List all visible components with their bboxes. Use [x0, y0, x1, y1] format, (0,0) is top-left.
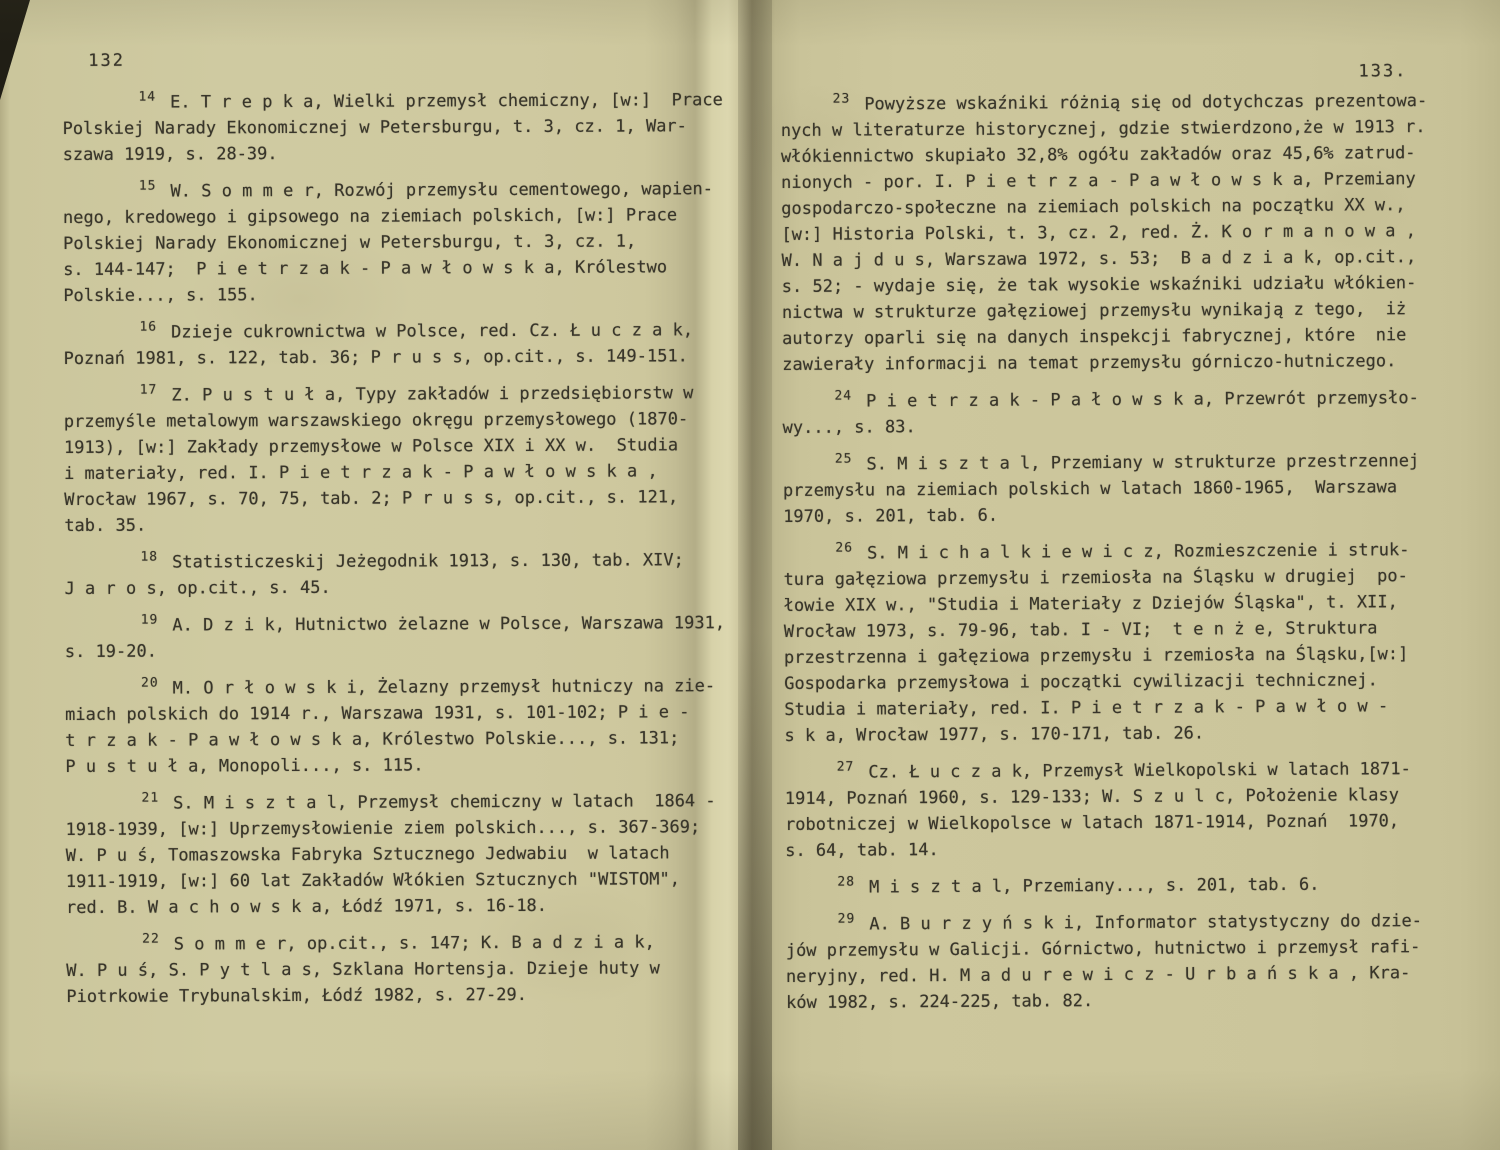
footnote-text: P i e t r z a k - P a ł o w s k a, Przew… — [866, 388, 1419, 411]
footnote-25: 25S. M i s z t a l, Przemiany w struktur… — [783, 448, 1469, 530]
footnote-text: 1913), [w:] Zakłady przemysłowe w Polsce… — [64, 432, 716, 461]
footnote-24: 24P i e t r z a k - P a ł o w s k a, Prz… — [782, 385, 1468, 441]
footnote-number: 20 — [141, 677, 159, 690]
footnote-text: t r z a k - P a w ł o w s k a, Królestwo… — [65, 725, 717, 754]
footnote-text: i materiały, red. I. P i e t r z a k - P… — [64, 458, 716, 487]
footnote-22: 22S o m m e r, op.cit., s. 147; K. B a d… — [66, 929, 718, 1010]
footnote-text: Piotrkowie Trybunalskim, Łódź 1982, s. 2… — [66, 981, 718, 1010]
footnote-text: A. D z i k, Hutnictwo żelazne w Polsce, … — [172, 613, 725, 635]
footnote-text: robotniczej w Wielkopolsce w latach 1871… — [785, 808, 1471, 838]
footnote-text: S o m m e r, op.cit., s. 147; K. B a d z… — [174, 932, 655, 954]
footnote-text: Studia i materiały, red. I. P i e t r z … — [784, 693, 1470, 723]
page-132: 132 14E. T r e p k a, Wielki przemysł ch… — [62, 0, 719, 1150]
footnote-text: S. M i c h a l k i e w i c z, Rozmieszcz… — [867, 540, 1410, 563]
footnote-text: S. M i s z t a l, Przemysł chemiczny w l… — [173, 791, 716, 813]
footnote-number: 19 — [141, 614, 159, 627]
footnote-text: E. T r e p k a, Wielki przemysł chemiczn… — [170, 90, 723, 112]
page-number-right: 133. — [1358, 58, 1407, 84]
footnote-text: W. P u ś, Tomaszowska Fabryka Sztucznego… — [66, 840, 718, 869]
scan-corner-shadow — [0, 0, 30, 100]
footnotes-right: 23Powyższe wskaźniki różnią się od dotyc… — [781, 88, 1473, 1027]
footnote-number: 16 — [139, 321, 157, 334]
book-spread-scan: 132 14E. T r e p k a, Wielki przemysł ch… — [0, 0, 1500, 1150]
book-gutter-shadow — [738, 0, 772, 1150]
footnote-text: przemysłu na ziemiach polskich w latach … — [783, 474, 1469, 504]
footnote-text: tab. 35. — [64, 510, 716, 539]
footnote-text: 1911-1919, [w:] 60 lat Zakładów Włókien … — [66, 866, 718, 895]
footnote-text: wy..., s. 83. — [783, 411, 1469, 441]
footnote-19: 19A. D z i k, Hutnictwo żelazne w Polsce… — [65, 610, 717, 665]
footnote-text: red. B. W a c h o w s k a, Łódź 1971, s.… — [66, 892, 718, 921]
footnote-text: s. 144-147; P i e t r z a k - P a w ł o … — [63, 254, 715, 283]
footnote-text: s. 64, tab. 14. — [785, 834, 1471, 864]
footnote-text: neryjny, red. H. M a d u r e w i c z - U… — [786, 960, 1472, 990]
footnote-text: ków 1982, s. 224-225, tab. 82. — [786, 986, 1472, 1016]
footnote-text: s k a, Wrocław 1977, s. 170-171, tab. 26… — [784, 719, 1470, 749]
footnote-number: 17 — [140, 384, 158, 397]
footnote-text: J a r o s, op.cit., s. 45. — [65, 573, 717, 602]
footnote-21: 21S. M i s z t a l, Przemysł chemiczny w… — [65, 788, 718, 921]
footnote-number: 25 — [835, 453, 853, 466]
footnote-text: 1970, s. 201, tab. 6. — [783, 500, 1469, 530]
footnote-text: Dzieje cukrownictwa w Polsce, red. Cz. Ł… — [171, 320, 693, 342]
footnote-text: zawierały informacji na temat przemysłu … — [782, 348, 1468, 378]
footnote-text: przemyśle metalowym warszawskiego okręgu… — [64, 406, 716, 435]
footnote-14: 14E. T r e p k a, Wielki przemysł chemic… — [62, 87, 714, 168]
footnote-text: Powyższe wskaźniki różnią się od dotychc… — [864, 91, 1427, 114]
footnote-text: Polskiej Narady Ekonomicznej w Petersbur… — [63, 228, 715, 257]
footnotes-left: 14E. T r e p k a, Wielki przemysł chemic… — [62, 87, 718, 1021]
footnote-number: 15 — [139, 180, 157, 193]
footnote-text: s. 19-20. — [65, 636, 717, 665]
footnote-28: 28M i s z t a l, Przemiany..., s. 201, t… — [785, 871, 1471, 901]
footnote-text: Statisticzeskij Jeżegodnik 1913, s. 130,… — [172, 550, 684, 572]
footnote-text: Poznań 1981, s. 122, tab. 36; P r u s s,… — [64, 343, 716, 372]
footnote-number: 14 — [138, 91, 156, 104]
footnote-number: 23 — [833, 93, 851, 106]
footnote-16: 16Dzieje cukrownictwa w Polsce, red. Cz.… — [63, 317, 715, 372]
page-number-left: 132 — [88, 48, 125, 74]
footnote-text: W. P u ś, S. P y t l a s, Szklana Horten… — [66, 955, 718, 984]
footnote-18: 18Statisticzeskij Jeżegodnik 1913, s. 13… — [64, 547, 716, 602]
footnote-20: 20M. O r ł o w s k i, Żelazny przemysł h… — [65, 673, 717, 780]
page-133: 133. 23Powyższe wskaźniki różnią się od … — [780, 0, 1473, 1150]
footnote-text: P u s t u ł a, Monopoli..., s. 115. — [65, 751, 717, 780]
footnote-text: Wrocław 1967, s. 70, 75, tab. 2; P r u s… — [64, 484, 716, 513]
footnote-23: 23Powyższe wskaźniki różnią się od dotyc… — [781, 88, 1469, 378]
footnote-number: 29 — [838, 913, 856, 926]
footnote-number: 26 — [835, 542, 853, 555]
footnote-17: 17Z. P u s t u ł a, Typy zakładów i prze… — [64, 380, 717, 539]
footnote-text: M. O r ł o w s k i, Żelazny przemysł hut… — [173, 676, 716, 698]
footnote-text: 1918-1939, [w:] Uprzemysłowienie ziem po… — [66, 814, 718, 843]
footnote-15: 15W. S o m m e r, Rozwój przemysłu cemen… — [63, 176, 716, 309]
footnote-text: A. B u r z y ń s k i, Informator statyst… — [869, 911, 1422, 934]
footnote-text: Z. P u s t u ł a, Typy zakładów i przeds… — [171, 383, 693, 405]
footnote-text: M i s z t a l, Przemiany..., s. 201, tab… — [869, 875, 1319, 898]
footnote-number: 22 — [142, 933, 160, 946]
footnote-text: miach polskich do 1914 r., Warszawa 1931… — [65, 699, 717, 728]
footnote-number: 18 — [140, 551, 158, 564]
footnote-text: nego, kredowego i gipsowego na ziemiach … — [63, 202, 715, 231]
footnote-text: W. S o m m e r, Rozwój przemysłu cemento… — [170, 179, 713, 201]
footnote-text: Polskiej Narady Ekonomicznej w Petersbur… — [63, 113, 715, 142]
footnote-number: 27 — [837, 761, 855, 774]
footnote-26: 26S. M i c h a l k i e w i c z, Rozmiesz… — [783, 537, 1470, 749]
footnote-number: 21 — [141, 792, 159, 805]
footnote-text: szawa 1919, s. 28-39. — [63, 139, 715, 168]
footnote-29: 29A. B u r z y ń s k i, Informator staty… — [786, 908, 1473, 1016]
footnote-text: Cz. Ł u c z a k, Przemysł Wielkopolski w… — [868, 759, 1411, 782]
footnote-number: 28 — [837, 876, 855, 889]
footnote-text: Polskie..., s. 155. — [63, 280, 715, 309]
footnote-text: S. M i s z t a l, Przemiany w strukturze… — [866, 451, 1419, 474]
footnote-number: 24 — [834, 390, 852, 403]
footnote-27: 27Cz. Ł u c z a k, Przemysł Wielkopolski… — [785, 756, 1472, 864]
